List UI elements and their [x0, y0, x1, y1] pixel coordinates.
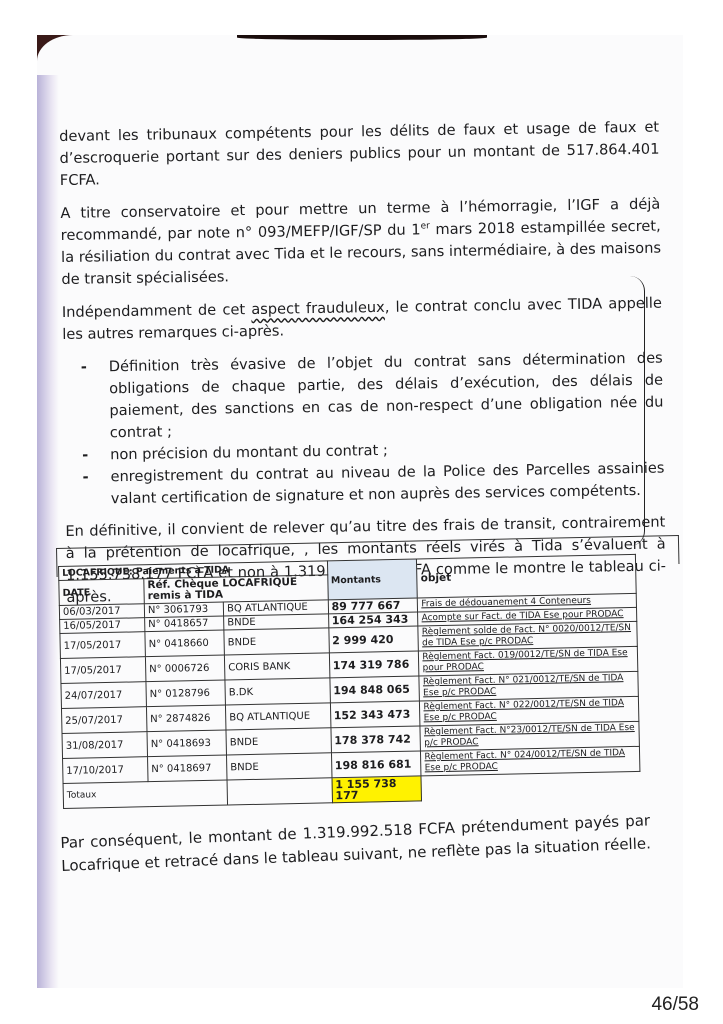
date-cell: 25/07/2017	[61, 707, 147, 734]
date-cell: 17/05/2017	[60, 632, 146, 659]
totals-blank	[421, 771, 640, 801]
date-cell: 17/10/2017	[63, 757, 149, 784]
amount-cell: 178 378 742	[331, 726, 421, 753]
payments-table: LOCAFRIQUE: Paiements à TIDA Montants ob…	[58, 554, 641, 809]
date-cell: 24/07/2017	[61, 682, 147, 709]
ref-cell: N° 0128796	[146, 680, 226, 707]
amount-cell: 198 816 681	[331, 751, 421, 778]
ref-cell: N° 0418660	[145, 630, 225, 657]
amount-cell: 152 343 473	[330, 701, 420, 728]
bank-cell: BNDE	[226, 728, 331, 755]
handwritten-underline-text: aspect frauduleux	[251, 299, 385, 318]
amount-cell: 194 848 065	[330, 676, 420, 703]
superscript: er	[420, 221, 429, 231]
paragraph-tribunaux: devant les tribunaux compétents pour les…	[59, 117, 660, 192]
header-objet: objet	[417, 554, 636, 598]
ref-cell: N° 0006726	[145, 655, 225, 682]
paragraph-igf-recommendation: A titre conservatoire et pour mettre un …	[60, 194, 661, 291]
totals-empty	[227, 778, 332, 805]
ref-cell: N° 0418693	[147, 730, 227, 757]
bank-cell: BNDE	[224, 628, 329, 655]
paragraph-independamment: Indépendamment de cet aspect frauduleux,…	[62, 293, 663, 346]
header-ref: Réf. Chèque LOCAFRIQUE remis à TIDA	[144, 575, 328, 604]
page-number: 46/58	[651, 994, 699, 1016]
page-edge-shadow	[37, 75, 59, 988]
date-cell: 17/05/2017	[60, 657, 146, 684]
list-item: enregistrement du contrat au niveau de l…	[92, 458, 665, 511]
table-body: 06/03/2017N° 3061793BQ ATLANTIQUE89 777 …	[59, 593, 640, 783]
amount-cell: 164 254 343	[328, 612, 418, 628]
header-date: DATE	[59, 579, 145, 606]
bank-cell: CORIS BANK	[225, 653, 330, 680]
amount-cell: 174 319 786	[329, 651, 419, 678]
bank-cell: B.DK	[225, 678, 330, 705]
ref-cell: N° 0418697	[148, 755, 228, 782]
total-amount: 1 155 738 177	[332, 776, 422, 803]
bank-cell: BQ ATLANTIQUE	[226, 703, 331, 730]
remarks-list: Définition très évasive de l’objet du co…	[63, 348, 665, 511]
ref-cell: N° 2874826	[146, 705, 226, 732]
bank-cell: BNDE	[227, 753, 332, 780]
totals-label: Totaux	[63, 780, 228, 808]
list-item: Définition très évasive de l’objet du co…	[91, 348, 664, 445]
amount-cell: 2 999 420	[328, 626, 418, 653]
date-cell: 31/08/2017	[62, 732, 148, 759]
paragraph-text: Indépendamment de cet	[62, 301, 252, 321]
photo-top-shadow	[237, 35, 487, 40]
header-montants: Montants	[327, 559, 418, 600]
handwritten-bracket	[630, 276, 645, 546]
